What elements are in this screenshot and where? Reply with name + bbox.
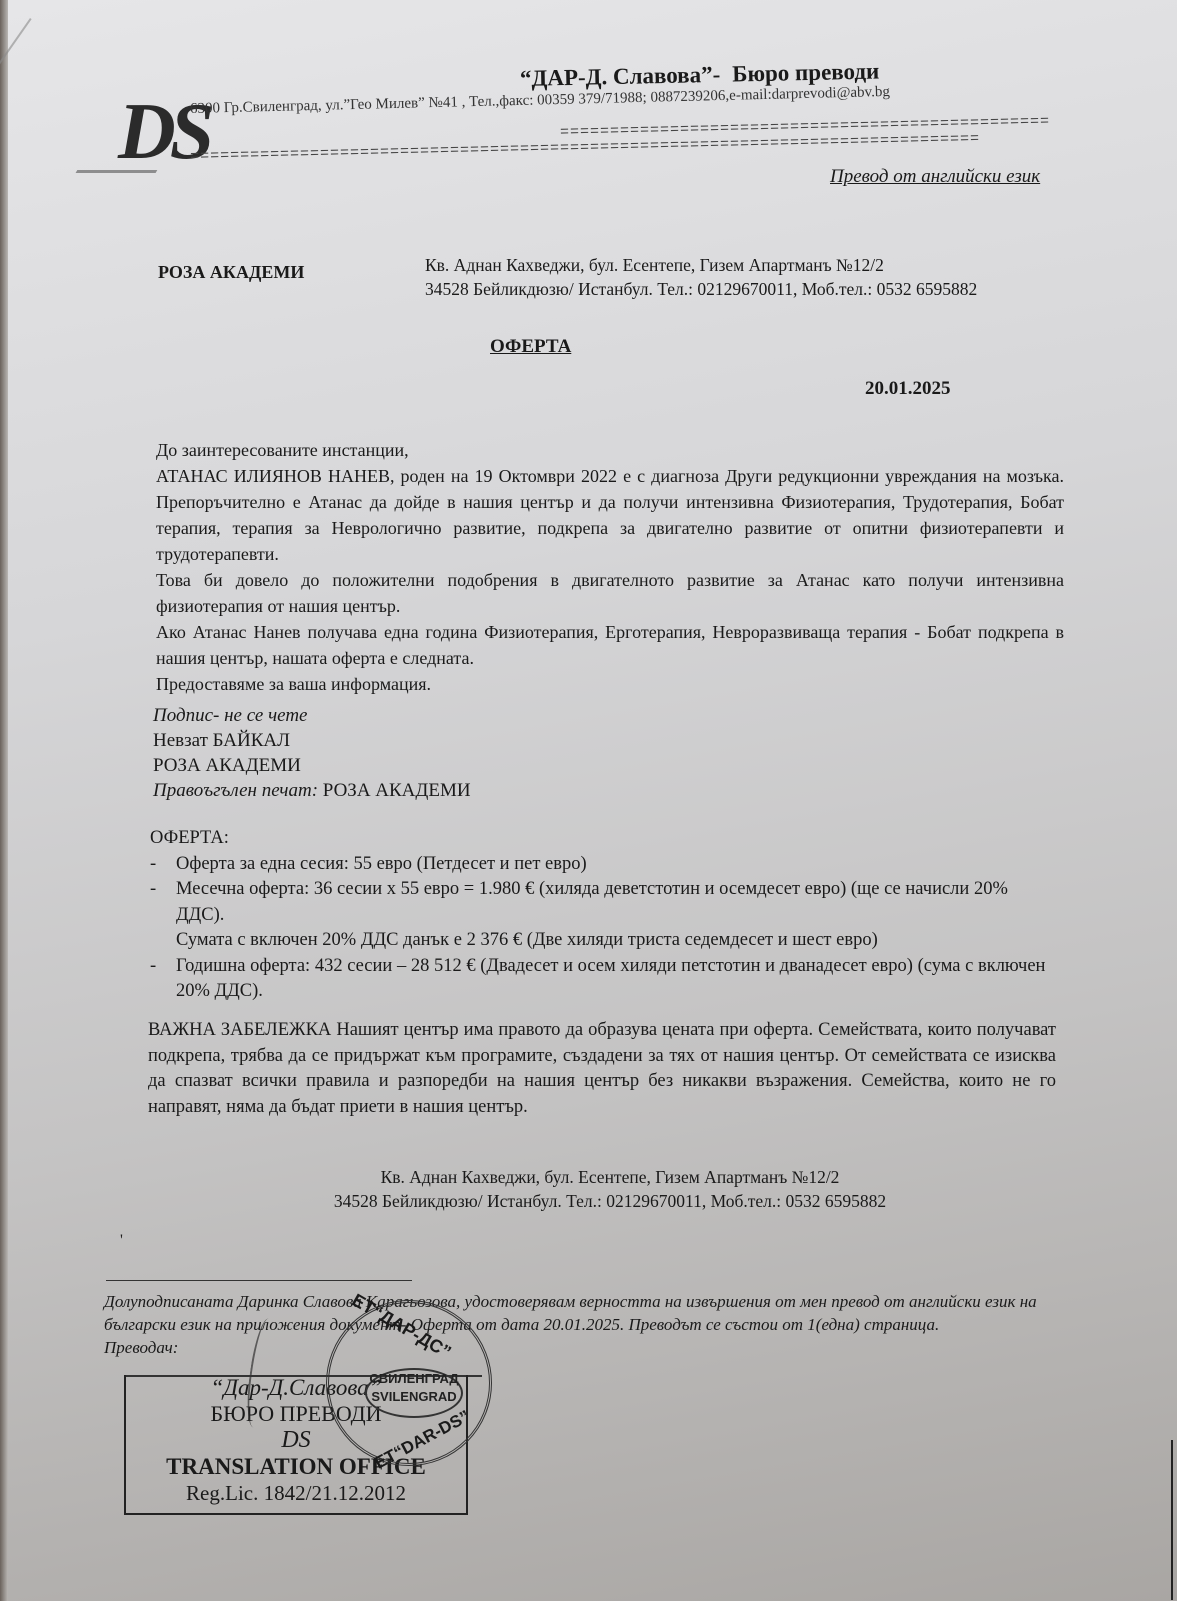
stamp-value: РОЗА АКАДЕМИ — [318, 780, 471, 801]
seal-inner-line1: СВИЛЕНГРАД — [367, 1370, 461, 1388]
signature-label: Подпис- не се чете — [153, 703, 471, 728]
signer-name: Невзат БАЙКАЛ — [153, 728, 471, 753]
footer-address-line2: 34528 Бейликдюзю/ Истанбул. Тел.: 021296… — [180, 1189, 1040, 1213]
certification-divider — [106, 1280, 412, 1281]
offer-section: ОФЕРТА: Оферта за една сесия: 55 евро (П… — [150, 826, 1058, 1005]
stamp-label: Правоъгълен печат: — [153, 780, 318, 801]
salutation: До заинтересованите инстанции, — [156, 437, 1064, 463]
offer-item: Оферта за една сесия: 55 евро (Петдесет … — [150, 852, 1058, 878]
recipient-address: Кв. Аднан Кахведжи, бул. Есентепе, Гизем… — [425, 253, 977, 301]
footer-address-line1: Кв. Аднан Кахведжи, бул. Есентепе, Гизем… — [180, 1165, 1040, 1189]
brand-suffix: Бюро преводи — [732, 58, 880, 86]
monthly-vat-note: Сумата с включен 20% ДДС данък е 2 376 €… — [150, 928, 1058, 954]
important-note: ВАЖНА ЗАБЕЛЕЖКА Нашият център има правот… — [148, 1018, 1056, 1120]
footer-address: Кв. Аднан Кахведжи, бул. Есентепе, Гизем… — [180, 1165, 1040, 1213]
stamp-line-5: Reg.Lic. 1842/21.12.2012 — [126, 1481, 466, 1505]
offer-item: Месечна оферта: 36 сесии x 55 евро = 1.9… — [150, 877, 1058, 928]
offer-list: Оферта за една сесия: 55 евро (Петдесет … — [150, 852, 1058, 1005]
offer-heading: ОФЕРТА: — [150, 826, 1058, 852]
recipient-address-line1: Кв. Аднан Кахведжи, бул. Есентепе, Гизем… — [425, 253, 977, 277]
recipient-address-line2: 34528 Бейликдюзю/ Истанбул. Тел.: 021296… — [425, 277, 977, 301]
seal-inner: СВИЛЕНГРАД SVILENGRAD — [365, 1368, 463, 1418]
body-paragraph: Ако Атанас Нанев получава една година Фи… — [156, 619, 1064, 671]
brand-name: “ДАР-Д. Славова”- — [520, 62, 721, 91]
certification-statement: Долуподписаната Даринка Славова Карагьоз… — [104, 1290, 1104, 1336]
document-date: 20.01.2025 — [865, 378, 951, 400]
body-paragraph: Предоставяме за ваша информация. — [156, 671, 1064, 697]
paper-edge-right — [1171, 1440, 1173, 1600]
signature-block: Подпис- не се чете Невзат БАЙКАЛ РОЗА АК… — [153, 703, 471, 803]
stray-mark: ' — [120, 1232, 123, 1250]
body-paragraph: АТАНАС ИЛИЯНОВ НАНЕВ, роден на 19 Октомв… — [156, 463, 1064, 567]
recipient-name: РОЗА АКАДЕМИ — [158, 262, 304, 283]
body-paragraph: Това би довело до положителни подобрения… — [156, 567, 1064, 619]
paper-edge — [0, 0, 8, 1601]
translation-note: Превод от английски език — [830, 166, 1040, 188]
document-body: До заинтересованите инстанции, АТАНАС ИЛ… — [156, 437, 1064, 697]
offer-item: Годишна оферта: 432 сесии – 28 512 € (Дв… — [150, 954, 1058, 1005]
document-title: ОФЕРТА — [490, 336, 571, 358]
signer-organization: РОЗА АКАДЕМИ — [153, 753, 471, 778]
seal-inner-line2: SVILENGRAD — [367, 1388, 461, 1406]
